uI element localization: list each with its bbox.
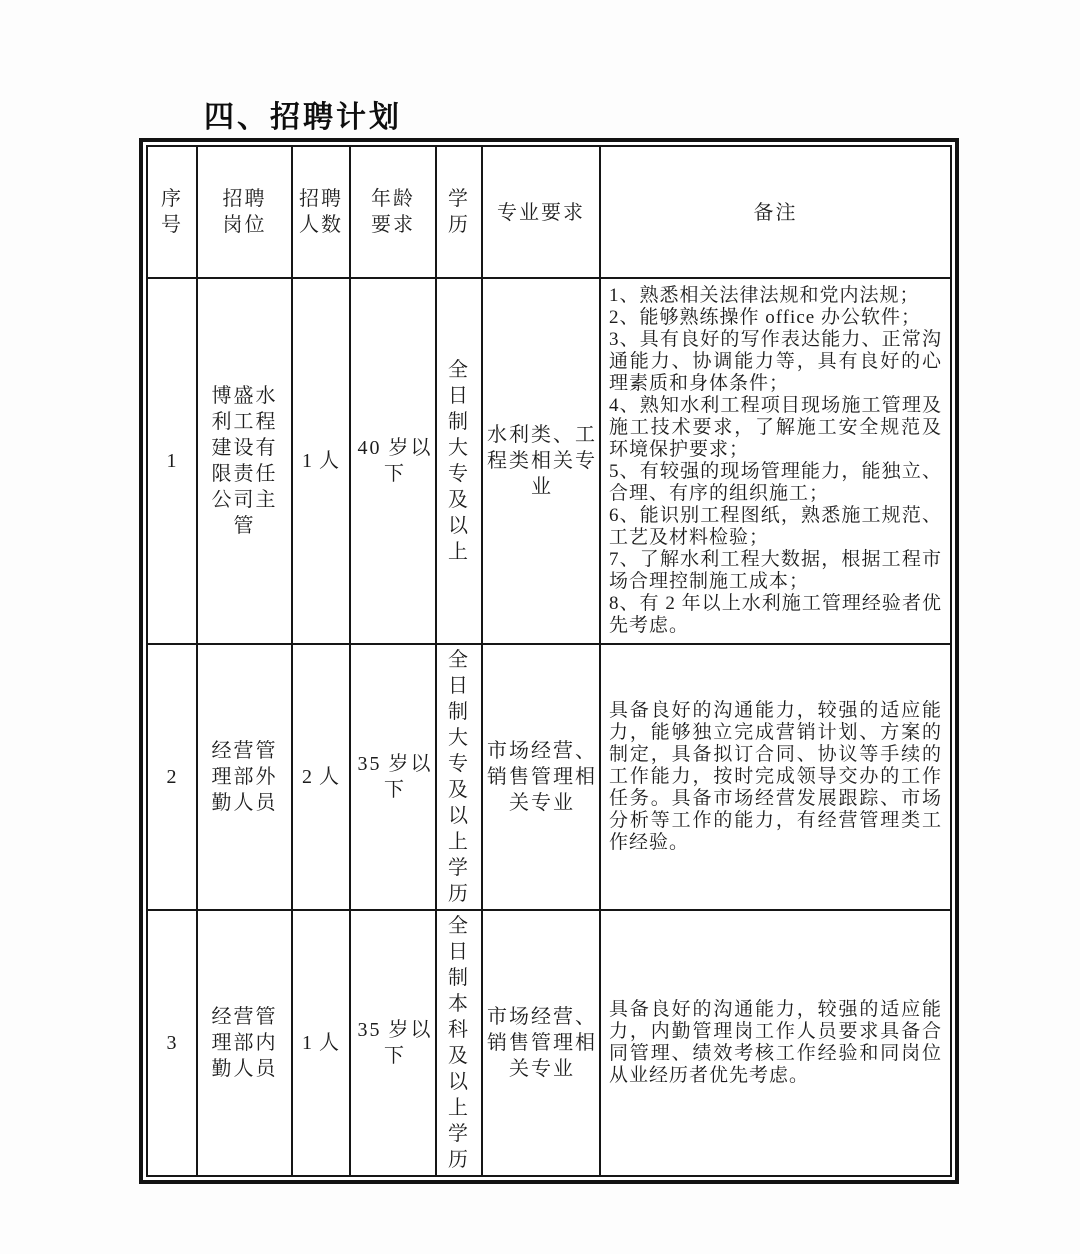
cell-remarks: 具备良好的沟通能力，较强的适应能力，能够独立完成营销计划、方案的制定，具备拟订合…	[600, 644, 951, 910]
cell-count: 2 人	[292, 644, 350, 910]
education-text: 全日制本科及以上学历	[446, 913, 472, 1173]
recruitment-table-frame: 序号 招聘岗位 招聘人数 年龄要求 学历 专业要求 备注 1 博盛水利工程建设有…	[139, 138, 959, 1184]
header-cell-major: 专业要求	[482, 146, 600, 278]
header-row: 序号 招聘岗位 招聘人数 年龄要求 学历 专业要求 备注	[147, 146, 951, 278]
age-text: 40 岁以下	[353, 435, 436, 487]
cell-count: 1 人	[292, 910, 350, 1176]
position-text: 博盛水利工程建设有限责任公司主管	[210, 383, 280, 539]
header-cell-count: 招聘人数	[292, 146, 350, 278]
header-count-label: 招聘人数	[296, 186, 346, 238]
table-row: 1 博盛水利工程建设有限责任公司主管 1 人 40 岁以下 全日制大专及以上 水…	[147, 278, 951, 644]
cell-major: 水利类、工程类相关专业	[482, 278, 600, 644]
position-text: 经营管理部外勤人员	[210, 738, 280, 816]
cell-major: 市场经营、销售管理相关专业	[482, 644, 600, 910]
age-text: 35 岁以下	[353, 1017, 436, 1069]
table-row: 3 经营管理部内勤人员 1 人 35 岁以下 全日制本科及以上学历 市场经营、销…	[147, 910, 951, 1176]
section-title: 四、招聘计划	[204, 92, 402, 136]
cell-position: 经营管理部内勤人员	[197, 910, 292, 1176]
table-row: 2 经营管理部外勤人员 2 人 35 岁以下 全日制大专及以上学历 市场经营、销…	[147, 644, 951, 910]
cell-remarks: 具备良好的沟通能力，较强的适应能力，内勤管理岗工作人员要求具备合同管理、绩效考核…	[600, 910, 951, 1176]
major-text: 水利类、工程类相关专业	[485, 422, 599, 500]
cell-no: 1	[147, 278, 197, 644]
header-cell-remarks: 备注	[600, 146, 951, 278]
cell-position: 博盛水利工程建设有限责任公司主管	[197, 278, 292, 644]
major-text: 市场经营、销售管理相关专业	[485, 1004, 599, 1082]
education-text: 全日制大专及以上	[446, 357, 472, 565]
header-remarks-label: 备注	[754, 200, 798, 226]
cell-count: 1 人	[292, 278, 350, 644]
age-text: 35 岁以下	[353, 751, 436, 803]
header-cell-position: 招聘岗位	[197, 146, 292, 278]
major-text: 市场经营、销售管理相关专业	[485, 738, 599, 816]
cell-no: 3	[147, 910, 197, 1176]
education-text: 全日制大专及以上学历	[446, 647, 472, 907]
position-text: 经营管理部内勤人员	[210, 1004, 280, 1082]
cell-age: 35 岁以下	[350, 910, 436, 1176]
cell-age: 35 岁以下	[350, 644, 436, 910]
cell-age: 40 岁以下	[350, 278, 436, 644]
cell-remarks: 1、熟悉相关法律法规和党内法规； 2、能够熟练操作 office 办公软件； 3…	[600, 278, 951, 644]
cell-education: 全日制本科及以上学历	[436, 910, 482, 1176]
cell-major: 市场经营、销售管理相关专业	[482, 910, 600, 1176]
cell-no: 2	[147, 644, 197, 910]
cell-position: 经营管理部外勤人员	[197, 644, 292, 910]
header-education-label: 学历	[446, 186, 473, 238]
header-age-label: 年龄要求	[368, 186, 418, 238]
header-cell-no: 序号	[147, 146, 197, 278]
document-page: 四、招聘计划 序号 招聘岗位 招聘人数 年龄要求 学历 专业要求 备注	[0, 0, 1080, 1254]
header-position-label: 招聘岗位	[220, 186, 270, 238]
cell-education: 全日制大专及以上	[436, 278, 482, 644]
header-no-label: 序号	[159, 186, 186, 238]
cell-education: 全日制大专及以上学历	[436, 644, 482, 910]
header-cell-education: 学历	[436, 146, 482, 278]
header-cell-age: 年龄要求	[350, 146, 436, 278]
header-major-label: 专业要求	[497, 200, 585, 226]
recruitment-table: 序号 招聘岗位 招聘人数 年龄要求 学历 专业要求 备注 1 博盛水利工程建设有…	[146, 145, 952, 1177]
